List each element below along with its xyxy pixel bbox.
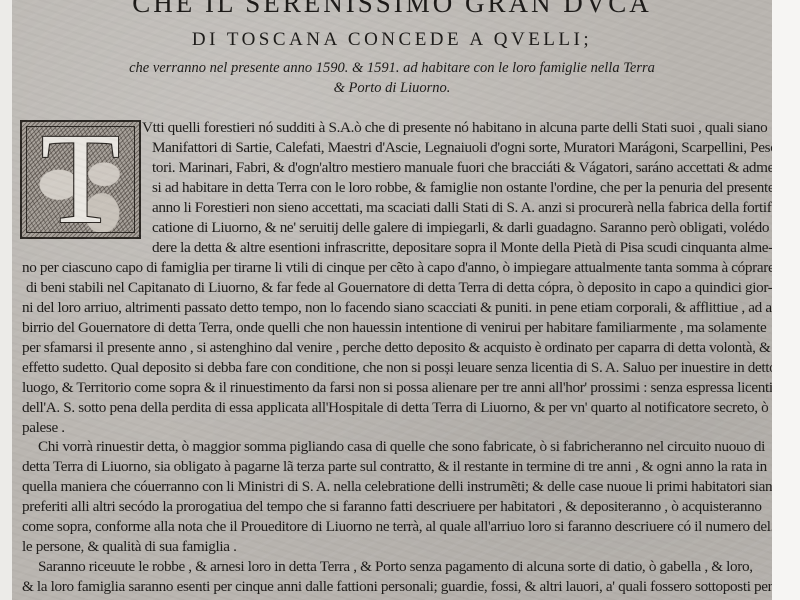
proclamation-body: Vtti quelli forestieri nó sudditi à S.A.… bbox=[12, 0, 772, 600]
text-line: catione di Liuorno, & ne' seruitij delle… bbox=[152, 218, 772, 238]
text-line: dell'A. S. sotto pena della perdita di e… bbox=[22, 398, 768, 418]
text-line: effetto sudetto. Qual deposito si debba … bbox=[22, 358, 772, 378]
text-line: Manifattori di Sartie, Calefati, Maestri… bbox=[152, 138, 772, 158]
text-line: birrio del Gouernatore di detta Terra, o… bbox=[22, 318, 766, 338]
text-line: di beni stabili nel Capitanato di Liuorn… bbox=[26, 278, 772, 298]
text-line: dere la detta & altre esentioni infrascr… bbox=[152, 238, 772, 258]
text-line: le persone, & qualità di sua famiglia . bbox=[22, 537, 237, 557]
text-line: per sfamarsi il presente anno , si asten… bbox=[22, 338, 771, 358]
text-line: tori. Marinari, Fabri, & d'ogn'altro mes… bbox=[152, 158, 772, 178]
text-line: quella maniera che cóuerranno con li Min… bbox=[22, 477, 772, 497]
text-line: si ad habitare in detta Terra con le lor… bbox=[152, 178, 772, 198]
left-margin bbox=[0, 0, 12, 600]
text-line: detta Terra di Liuorno, sia obligato à p… bbox=[22, 457, 767, 477]
text-line: luogo, & Territorio come sopra & il rinu… bbox=[22, 378, 772, 398]
text-line: Chi vorrà rinuestir detta, ò maggior som… bbox=[38, 437, 765, 457]
right-margin bbox=[772, 0, 800, 600]
text-line: preferiti alli altri secódo la prorogati… bbox=[22, 497, 762, 517]
text-line: palese . bbox=[22, 418, 65, 438]
text-line: come sopra, conforme alla nota che il Pr… bbox=[22, 517, 772, 537]
text-line: ni del loro arriuo, altrimenti passato d… bbox=[22, 298, 772, 318]
printed-page: CHE IL SERENISSIMO GRAN DVCA DI TOSCANA … bbox=[12, 0, 772, 600]
text-line: Vtti quelli forestieri nó sudditi à S.A.… bbox=[142, 118, 767, 138]
text-line: Saranno riceuute le robbe , & arnesi lor… bbox=[38, 557, 753, 577]
text-line: & la loro famiglia saranno esenti per ci… bbox=[22, 577, 772, 597]
text-line: no per ciascuno capo di famiglia per tir… bbox=[22, 258, 772, 278]
text-line: anno li Forestieri non sieno accettati, … bbox=[152, 198, 772, 218]
